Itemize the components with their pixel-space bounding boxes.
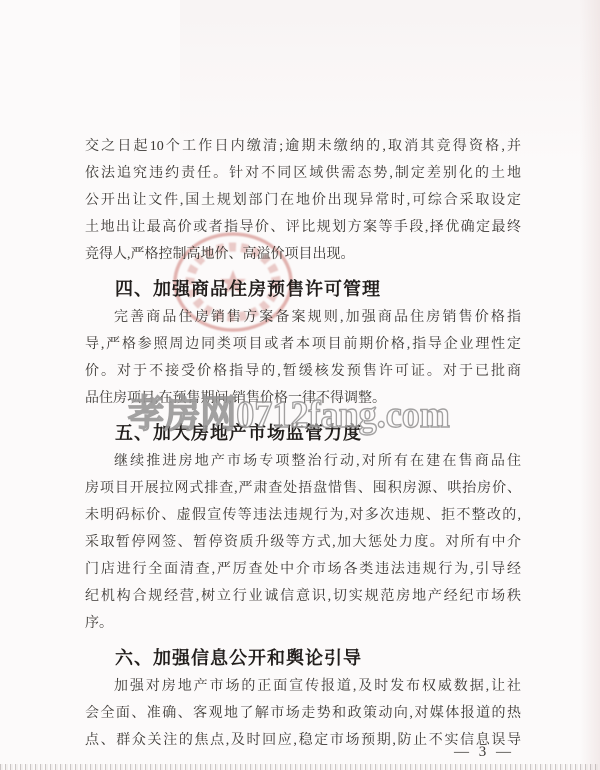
text-line: 完善商品住房销售方案备案规则,加强商品住房销售价格指	[85, 304, 521, 331]
section-heading: 五、加大房地产市场监管力度	[85, 420, 521, 447]
text-line: 会全面、准确、客观地了解市场走势和政策动向,对媒体报道的热	[85, 700, 521, 727]
document-page: 交之日起10个工作日内缴清;逾期未缴纳的,取消其竞得资格,并依法追究违约责任。针…	[0, 0, 600, 770]
text-line: 序。	[85, 610, 521, 637]
text-line: 品住房项目,在预售期间,销售价格一律不得调整。	[85, 385, 521, 412]
text-line: 门店进行全面清查,严厉查处中介市场各类违法违规行为,引导经	[85, 556, 521, 583]
text-line: 依法追究违约责任。针对不同区域供需态势,制定差别化的土地	[85, 160, 521, 187]
text-line: 纪机构合规经营,树立行业诚信意识,切实规范房地产经纪市场秩	[85, 583, 521, 610]
text-line: 公开出让文件,国土规划部门在地价出现异常时,可综合采取设定	[85, 187, 521, 214]
text-line: 价。对于不接受价格指导的,暂缓核发预售许可证。对于已批商	[85, 358, 521, 385]
text-line: 采取暂停网签、暂停资质升级等方式,加大惩处力度。对所有中介	[85, 529, 521, 556]
text-line: 继续推进房地产市场专项整治行动,对所有在建在售商品住	[85, 448, 521, 475]
text-line: 未明码标价、虚假宣传等违法违规行为,对多次违规、拒不整改的,	[85, 502, 521, 529]
page-number: — 3 —	[454, 744, 514, 761]
scan-edge-shadow	[580, 0, 600, 770]
document-body: 交之日起10个工作日内缴清;逾期未缴纳的,取消其竞得资格,并依法追究违约责任。针…	[85, 133, 521, 754]
text-line: 加强对房地产市场的正面宣传报道,及时发布权威数据,让社	[85, 673, 521, 700]
section-heading: 六、加强信息公开和舆论引导	[85, 645, 521, 672]
text-line: 交之日起10个工作日内缴清;逾期未缴纳的,取消其竞得资格,并	[85, 133, 521, 160]
text-line: 竞得人,严格控制高地价、高溢价项目出现。	[85, 241, 521, 268]
scan-noise-edge	[0, 764, 600, 770]
section-heading: 四、加强商品住房预售许可管理	[85, 276, 521, 303]
text-line: 土地出让最高价或者指导价、评比规划方案等手段,择优确定最终	[85, 214, 521, 241]
text-line: 房项目开展拉网式排查,严肃查处捂盘惜售、囤积房源、哄抬房价、	[85, 475, 521, 502]
text-line: 导,严格参照周边同类项目或者本项目前期价格,指导企业理性定	[85, 331, 521, 358]
